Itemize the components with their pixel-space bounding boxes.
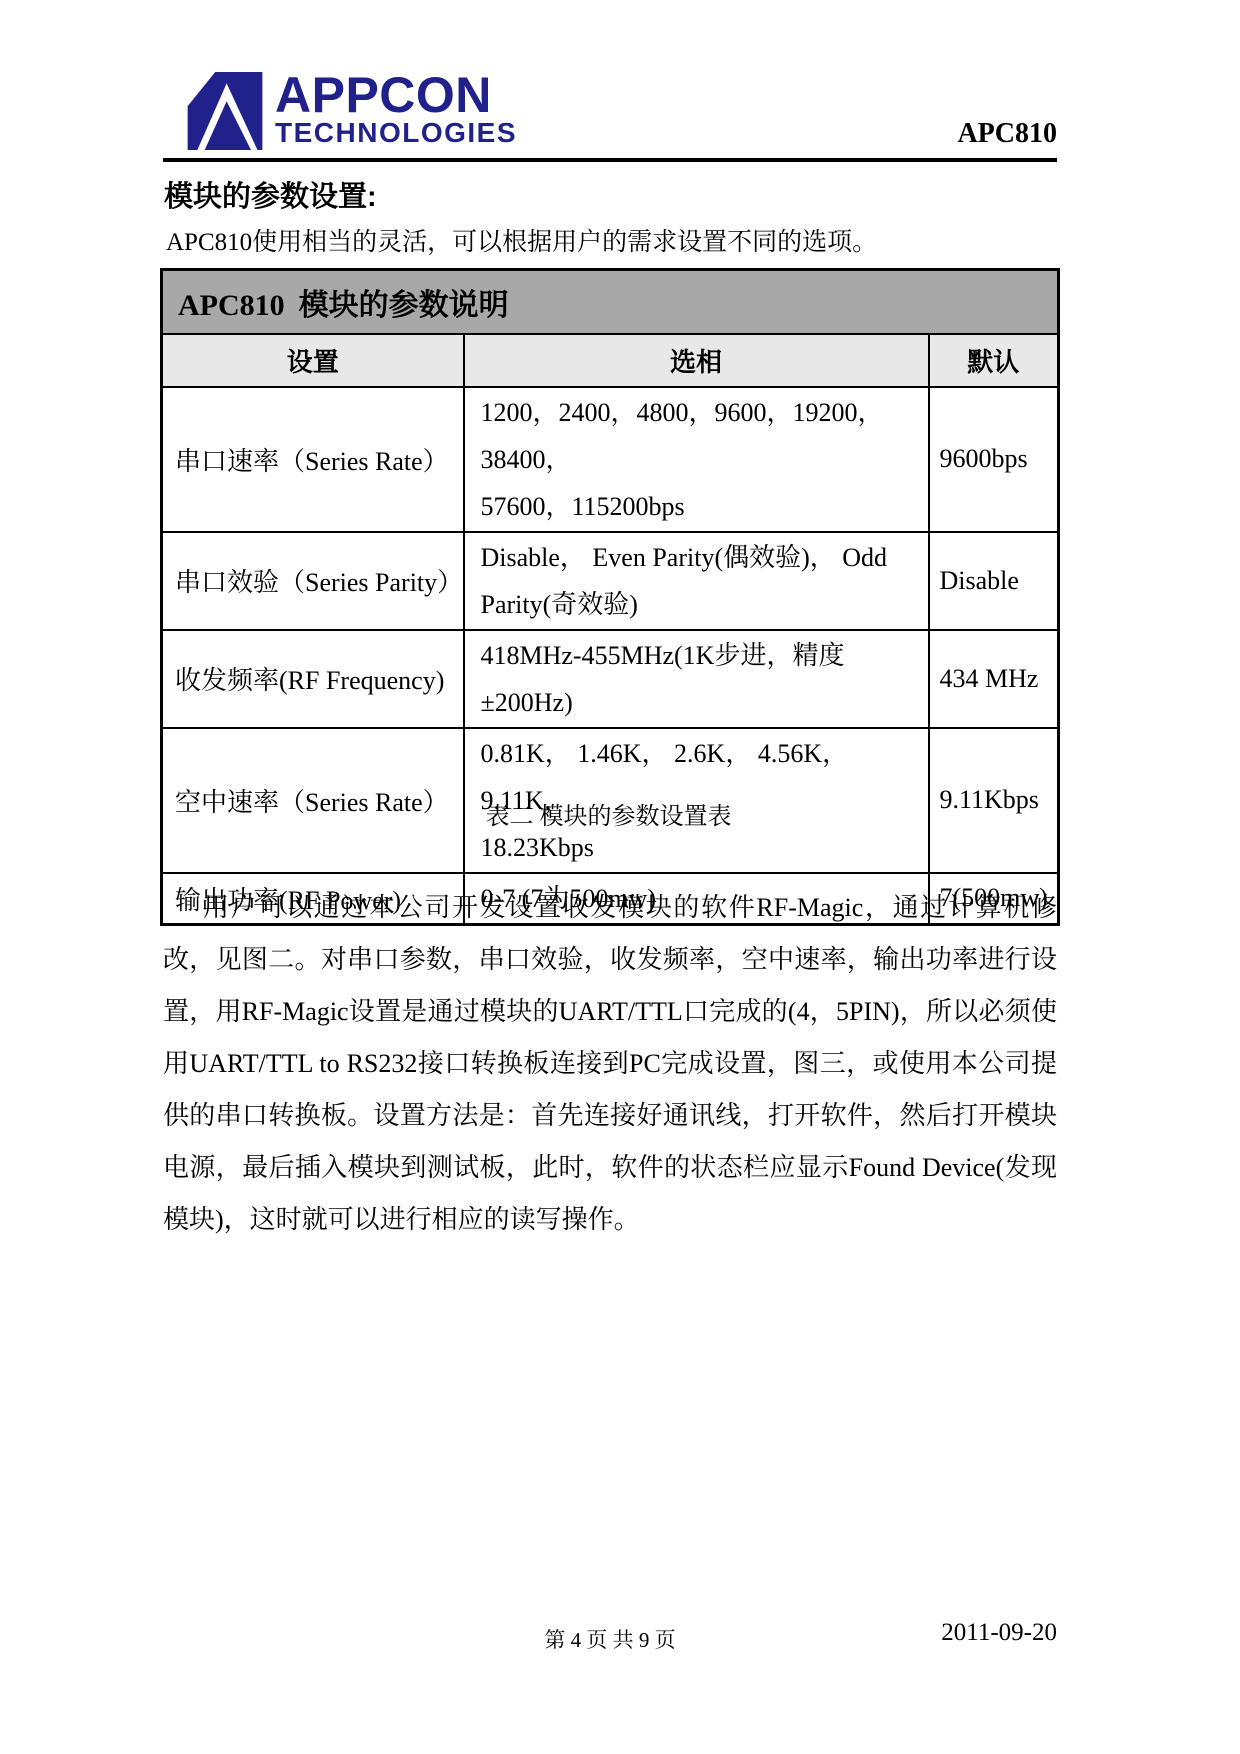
table-row: 收发频率(RF Frequency) 418MHz-455MHz(1K步进，精度… [162,630,1059,728]
section-title: 模块的参数设置: [164,174,377,215]
table-title: APC810模块的参数说明 [162,270,1059,334]
logo-text: APPCON TECHNOLOGIES [275,72,517,148]
cell-options: 1200，2400，4800，9600，19200，38400， 57600，1… [464,387,929,532]
page-number: 第 4 页 共 9 页 [163,1624,1057,1654]
appcon-logo: APPCON TECHNOLOGIES [185,72,517,150]
cell-setting: 串口效验（Series Parity） [162,532,464,630]
cell-setting: 串口速率（Series Rate） [162,387,464,532]
document-header: APPCON TECHNOLOGIES APC810 [163,68,1057,160]
body-paragraph: 用户可以通过本公司开发设置收发模块的软件RF-Magic，通过计算机修改，见图二… [163,882,1057,1246]
table-header-row: 设置 选相 默认 [162,334,1059,387]
appcon-logo-icon [185,72,265,150]
logo-subtitle: TECHNOLOGIES [275,118,517,148]
column-header-setting: 设置 [162,334,464,387]
table-caption: 表二 模块的参数设置表 [160,796,1057,831]
cell-default: 434 MHz [929,630,1059,728]
table-title-row: APC810模块的参数说明 [162,270,1059,334]
table-title-code: APC810 [178,289,285,322]
cell-default: Disable [929,532,1059,630]
table-title-text: 模块的参数说明 [299,289,509,322]
cell-options: 418MHz-455MHz(1K步进，精度±200Hz) [464,630,929,728]
column-header-options: 选相 [464,334,929,387]
footer-date: 2011-09-20 [941,1619,1057,1647]
column-header-default: 默认 [929,334,1059,387]
header-rule [163,158,1057,162]
cell-setting: 收发频率(RF Frequency) [162,630,464,728]
cell-options: Disable， Even Parity(偶效验)， Odd Parity(奇效… [464,532,929,630]
cell-default: 9600bps [929,387,1059,532]
logo-wordmark: APPCON [275,72,517,118]
doc-code: APC810 [957,118,1057,150]
document-page: APPCON TECHNOLOGIES APC810 模块的参数设置: APC8… [0,0,1240,1754]
table-row: 串口效验（Series Parity） Disable， Even Parity… [162,532,1059,630]
intro-paragraph: APC810使用相当的灵活，可以根据用户的需求设置不同的选项。 [166,222,877,258]
table-row: 串口速率（Series Rate） 1200，2400，4800，9600，19… [162,387,1059,532]
